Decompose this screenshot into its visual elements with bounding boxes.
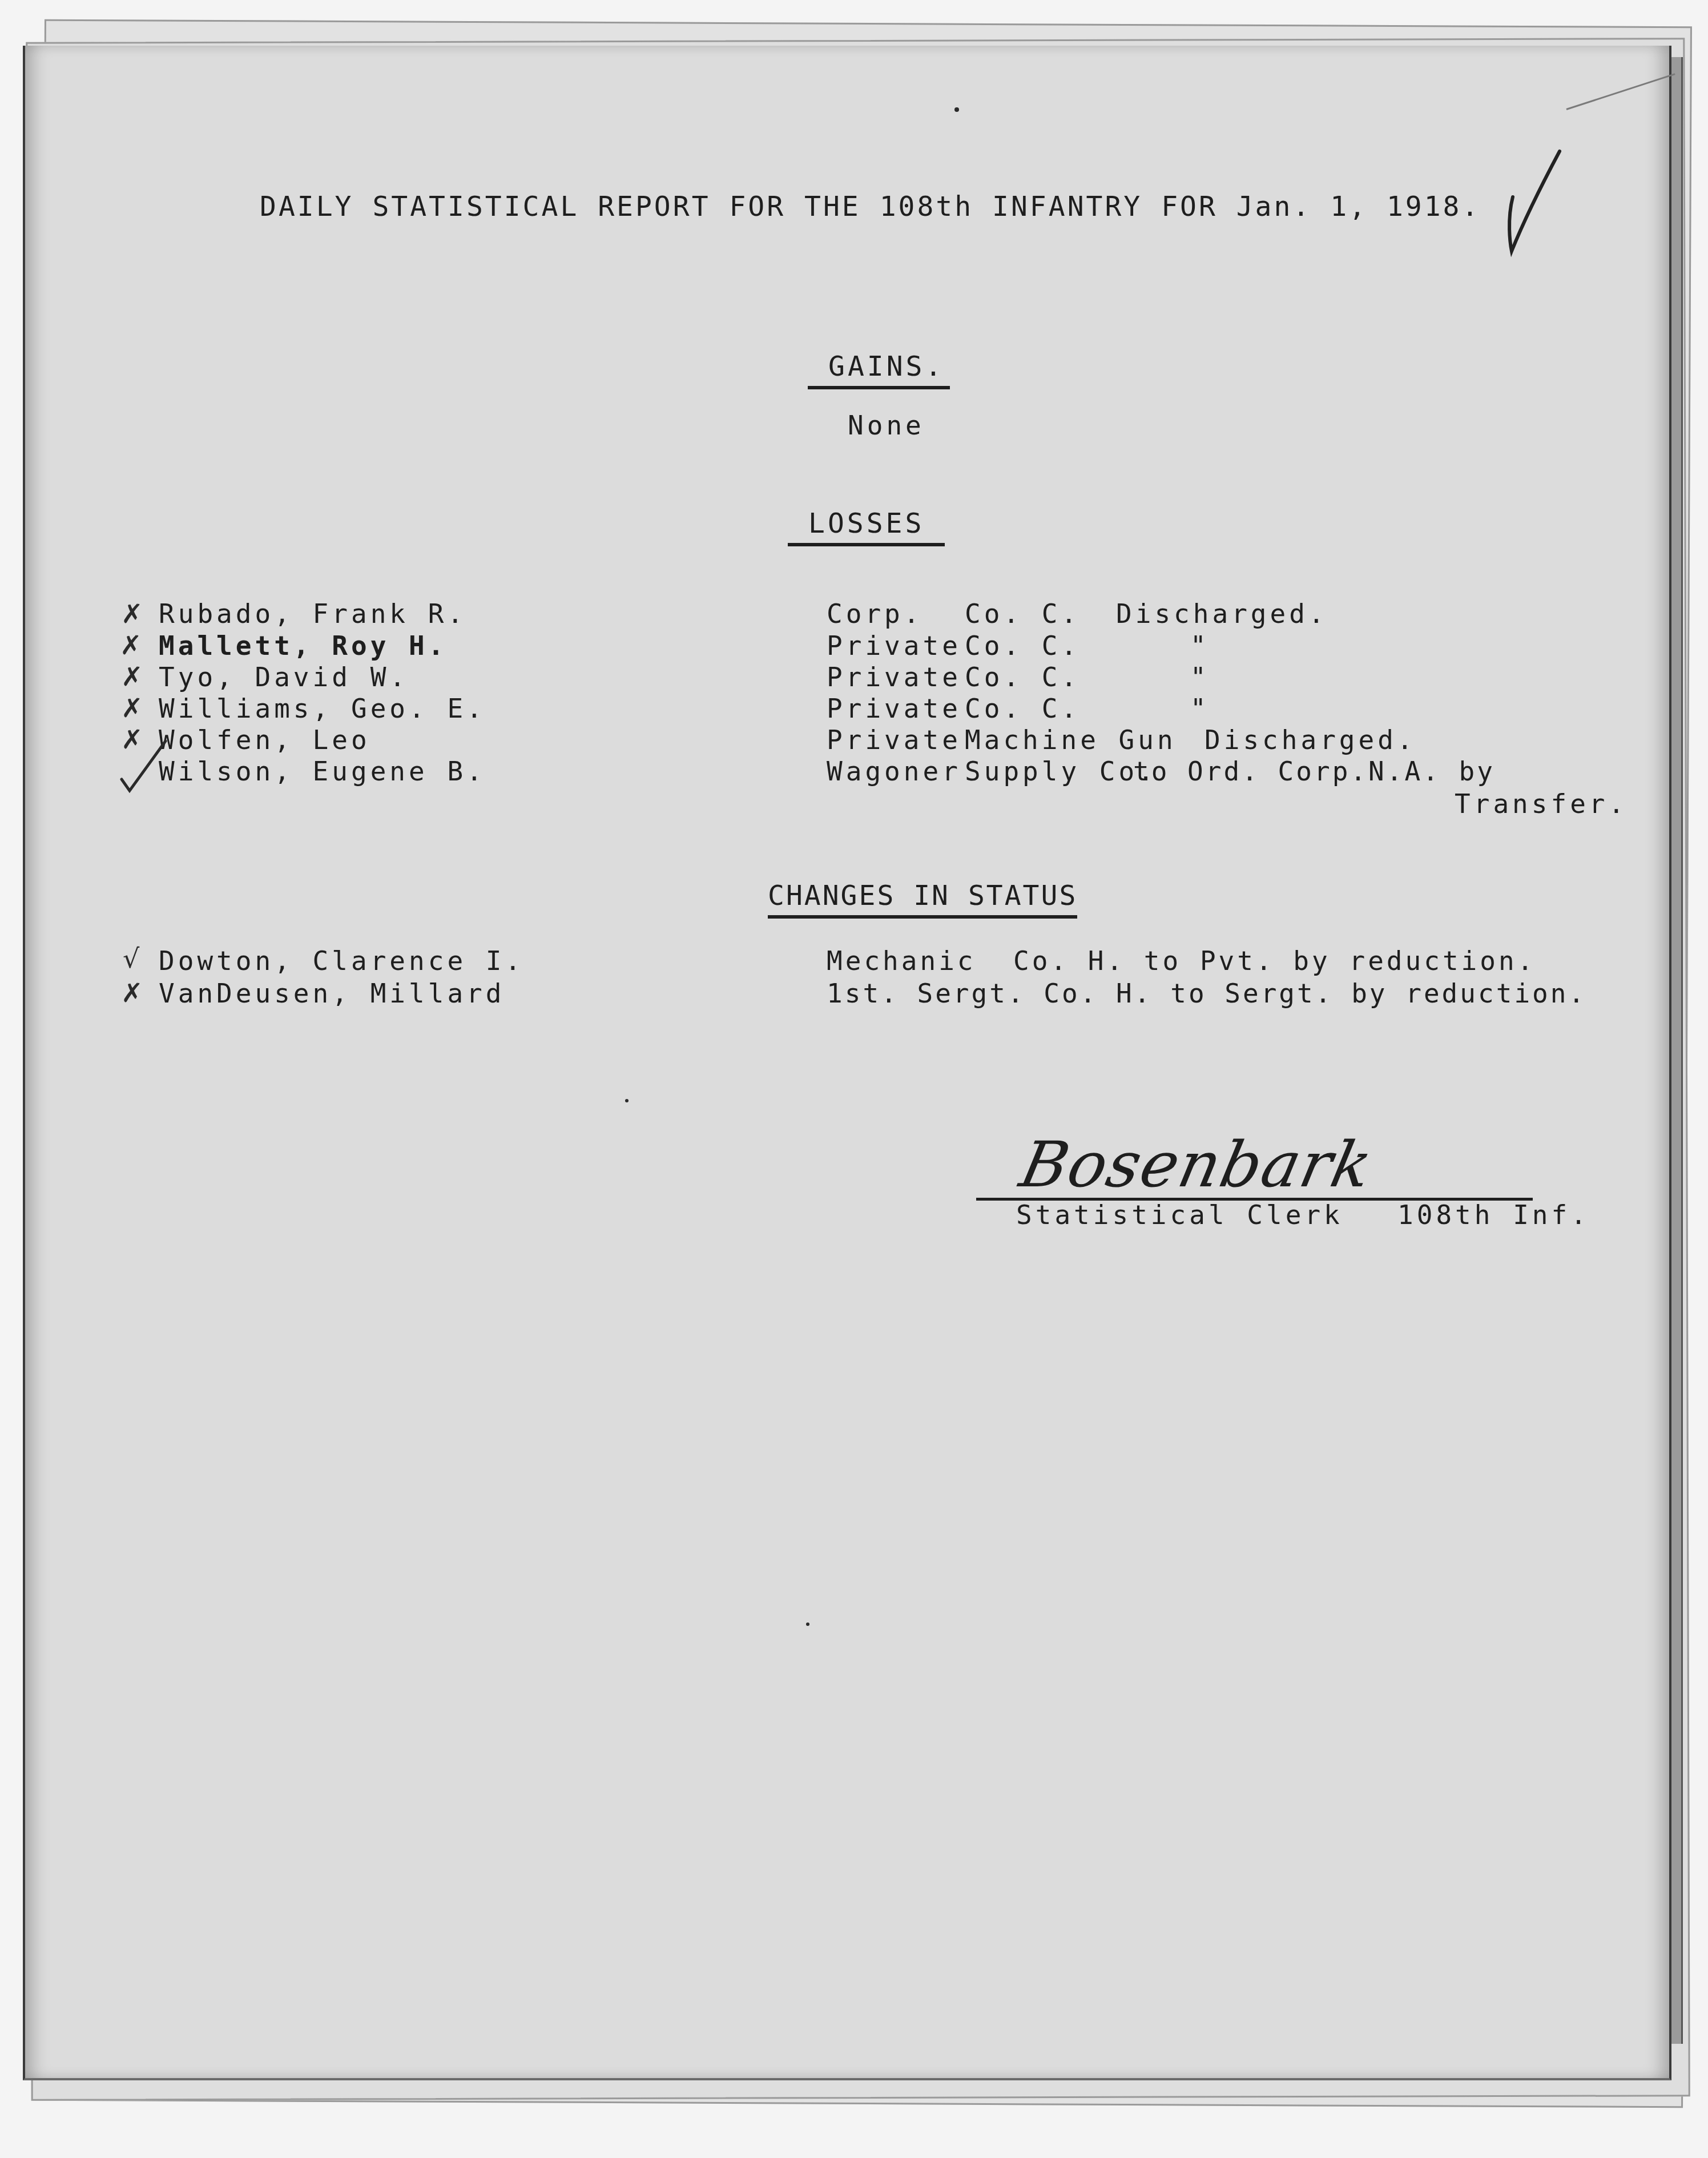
check-mark-icon: √ bbox=[123, 943, 139, 974]
entry-action-continued: Transfer. bbox=[1455, 791, 1628, 817]
gains-content: None bbox=[848, 412, 925, 438]
entry-unit: Co. C. bbox=[965, 664, 1080, 690]
paper-speck bbox=[625, 1099, 629, 1102]
entry-rank: Wagoner bbox=[827, 758, 961, 784]
paper-speck bbox=[954, 107, 959, 112]
entry-name: Wilson, Eugene B. bbox=[159, 758, 486, 784]
x-mark-icon: ✗ bbox=[121, 693, 143, 723]
entry-action: " bbox=[1190, 695, 1210, 722]
entry-action: Discharged. bbox=[1116, 601, 1328, 627]
entry-unit: Machine Gun bbox=[965, 727, 1177, 753]
entry-unit: Supply Co. bbox=[965, 758, 1157, 784]
entry-rank: Private bbox=[827, 727, 961, 753]
x-mark-icon: ✗ bbox=[120, 630, 142, 661]
entry-name: Tyo, David W. bbox=[159, 664, 409, 690]
entry-unit: Co. C. bbox=[965, 633, 1080, 659]
x-mark-icon: ✗ bbox=[121, 977, 143, 1008]
entry-action: Discharged. bbox=[1205, 727, 1416, 753]
entry-rank: Private bbox=[827, 664, 961, 690]
entry-name: Dowton, Clarence I. bbox=[159, 948, 524, 974]
entry-name: Wolfen, Leo bbox=[159, 727, 370, 753]
entry-unit: Co. C. bbox=[965, 695, 1080, 722]
entry-rank: Corp. bbox=[827, 601, 923, 627]
signature-title: Statistical Clerk bbox=[1016, 1202, 1343, 1228]
entry-detail: 1st. Sergt. Co. H. to Sergt. by reductio… bbox=[827, 980, 1586, 1006]
entry-action: " bbox=[1190, 664, 1210, 690]
entry-unit: Co. C. bbox=[965, 601, 1080, 627]
entry-rank: Private bbox=[827, 695, 961, 722]
x-mark-icon: ✗ bbox=[121, 598, 143, 629]
entry-name: Rubado, Frank R. bbox=[159, 601, 466, 627]
losses-heading: LOSSES bbox=[788, 510, 945, 546]
review-check-icon bbox=[1496, 146, 1564, 260]
entry-name: Mallett, Roy H. bbox=[159, 633, 447, 659]
entry-action: " bbox=[1190, 633, 1210, 659]
entry-rank: Private bbox=[827, 633, 961, 659]
paper-fold bbox=[1566, 73, 1675, 110]
entry-action: to Ord. Corp.N.A. by bbox=[1133, 758, 1495, 784]
entry-detail: Mechanic Co. H. to Pvt. by reduction. bbox=[827, 948, 1536, 974]
changes-in-status-heading: CHANGES IN STATUS bbox=[768, 882, 1077, 919]
paper-speck bbox=[806, 1622, 809, 1626]
entry-name: Williams, Geo. E. bbox=[159, 695, 486, 722]
x-mark-icon: ✗ bbox=[121, 661, 143, 692]
entry-name: VanDeusen, Millard bbox=[159, 980, 505, 1006]
handwritten-signature: Bosenbark bbox=[1015, 1133, 1378, 1196]
signature-unit: 108th Inf. bbox=[1397, 1202, 1590, 1228]
report-title: DAILY STATISTICAL REPORT FOR THE 108th I… bbox=[260, 193, 1480, 220]
gains-heading: GAINS. bbox=[808, 353, 950, 389]
